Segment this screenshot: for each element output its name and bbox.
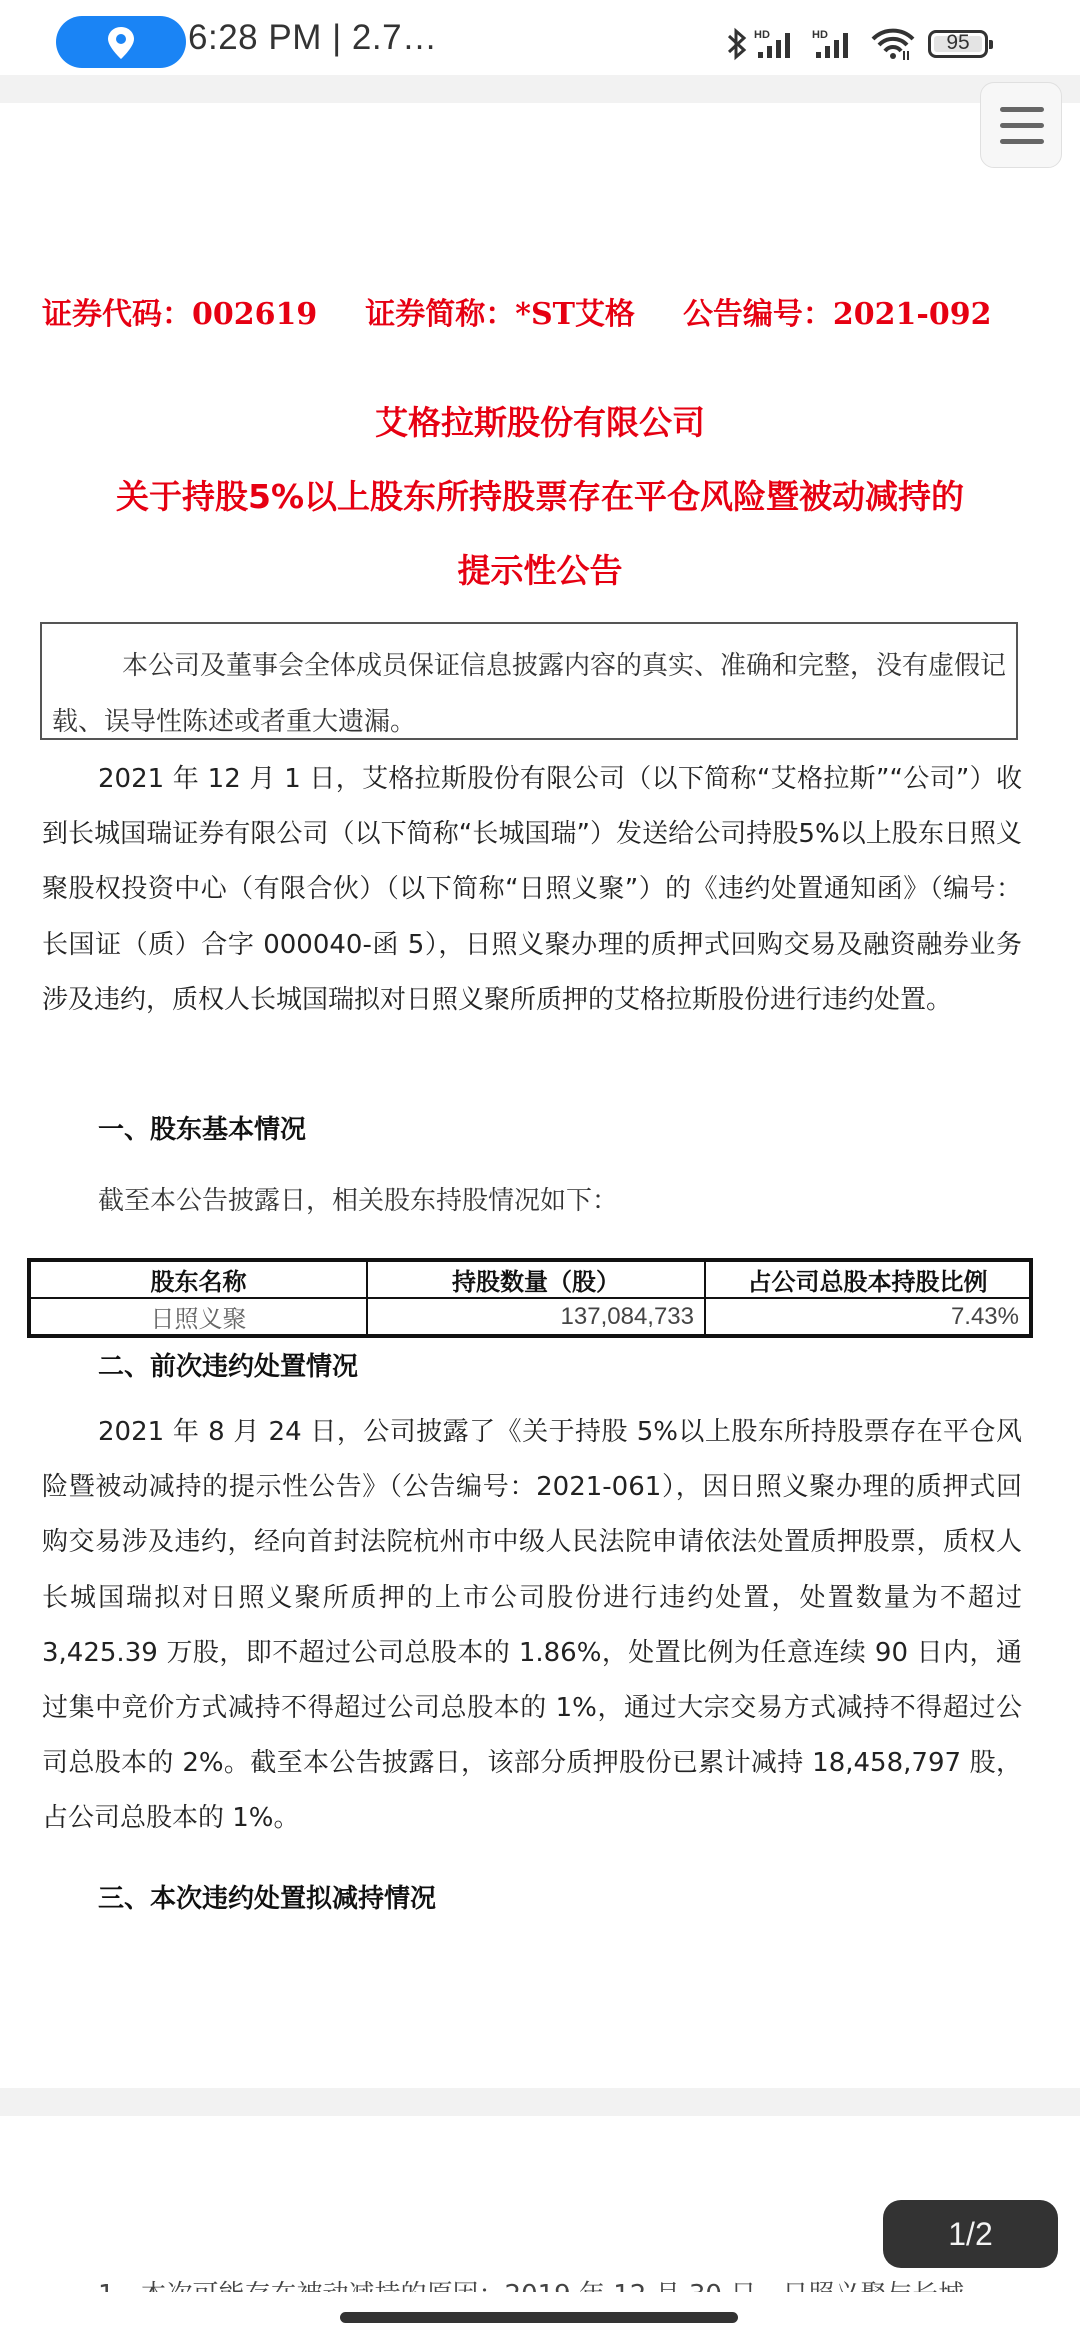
announcement-title: 关于持股5%以上股东所持股票存在平仓风险暨被动减持的 xyxy=(0,471,1080,518)
page-indicator: 1/2 xyxy=(883,2200,1058,2268)
shareholding-table: 股东名称 持股数量（股） 占公司总股本持股比例 日照义聚 137,084,733… xyxy=(27,1258,1033,1338)
hamburger-menu-icon-bar xyxy=(1000,123,1044,128)
notice-number: 公告编号：2021-092 xyxy=(683,297,992,332)
table-header-row: 股东名称 持股数量（股） 占公司总股本持股比例 xyxy=(29,1260,1031,1298)
status-icons: HD HD 95 xyxy=(726,26,988,62)
col-shareholder-name: 股东名称 xyxy=(29,1260,367,1298)
status-bar: 6:28 PM | 2.7… HD HD 95 xyxy=(0,0,1080,75)
page-gap xyxy=(0,75,1080,103)
table-row: 日照义聚 137,084,733 7.43% xyxy=(29,1298,1031,1336)
document-page-1: 证券代码：002619证券简称：*ST艾格公告编号：2021-092 艾格拉斯股… xyxy=(0,103,1080,2088)
cell-shares-held: 137,084,733 xyxy=(367,1298,705,1336)
battery-level: 95 xyxy=(931,31,985,55)
col-shares-held: 持股数量（股） xyxy=(367,1260,705,1298)
paragraph-intro: 2021 年 12 月 1 日，艾格拉斯股份有限公司（以下简称“艾格拉斯”“公司… xyxy=(42,752,1022,1028)
section-heading-2: 二、前次违约处置情况 xyxy=(98,1346,358,1383)
stock-code: 证券代码：002619 xyxy=(42,297,317,332)
announcement-header: 证券代码：002619证券简称：*ST艾格公告编号：2021-092 xyxy=(42,289,1040,333)
section-heading-1: 一、股东基本情况 xyxy=(98,1109,306,1146)
svg-text:HD: HD xyxy=(812,29,828,41)
page-2-clipped-text: 1、本次可能存在被动减持的原因：2019 年 12 月 30 日，日照义聚与长城 xyxy=(98,2280,1028,2292)
page-gap xyxy=(0,2088,1080,2116)
paragraph-previous-disposal: 2021 年 8 月 24 日，公司披露了《关于持股 5%以上股东所持股票存在平… xyxy=(42,1405,1022,1847)
location-indicator[interactable] xyxy=(56,16,186,68)
section-heading-3: 三、本次违约处置拟减持情况 xyxy=(98,1878,436,1915)
cell-shareholding-ratio: 7.43% xyxy=(705,1298,1031,1336)
col-shareholding-ratio: 占公司总股本持股比例 xyxy=(705,1260,1031,1298)
page-2-text: 1、本次可能存在被动减持的原因：2019 年 12 月 30 日，日照义聚与长城 xyxy=(98,2280,1028,2292)
wifi-icon xyxy=(870,27,916,61)
hamburger-menu-icon-bar xyxy=(1000,139,1044,144)
home-indicator-bar[interactable] xyxy=(340,2312,738,2323)
announcement-title-cont: 提示性公告 xyxy=(0,545,1080,592)
status-time: 6:28 PM | 2.7… xyxy=(188,18,438,58)
signal-hd-icon: HD xyxy=(812,27,864,61)
battery-indicator: 95 xyxy=(928,30,988,58)
menu-button[interactable] xyxy=(980,82,1062,168)
board-statement: 本公司及董事会全体成员保证信息披露内容的真实、准确和完整，没有虚假记载、误导性陈… xyxy=(52,638,1008,750)
bluetooth-icon xyxy=(726,27,748,61)
cell-shareholder-name: 日照义聚 xyxy=(29,1298,367,1336)
section-1-intro: 截至本公告披露日，相关股东持股情况如下： xyxy=(98,1180,618,1217)
stock-abbreviation: 证券简称：*ST艾格 xyxy=(365,297,635,332)
hamburger-menu-icon xyxy=(1000,107,1044,112)
svg-text:HD: HD xyxy=(754,29,770,41)
location-pin-icon xyxy=(105,25,137,61)
board-statement-box: 本公司及董事会全体成员保证信息披露内容的真实、准确和完整，没有虚假记载、误导性陈… xyxy=(40,622,1018,740)
signal-hd-icon: HD xyxy=(754,27,806,61)
company-name: 艾格拉斯股份有限公司 xyxy=(0,397,1080,444)
